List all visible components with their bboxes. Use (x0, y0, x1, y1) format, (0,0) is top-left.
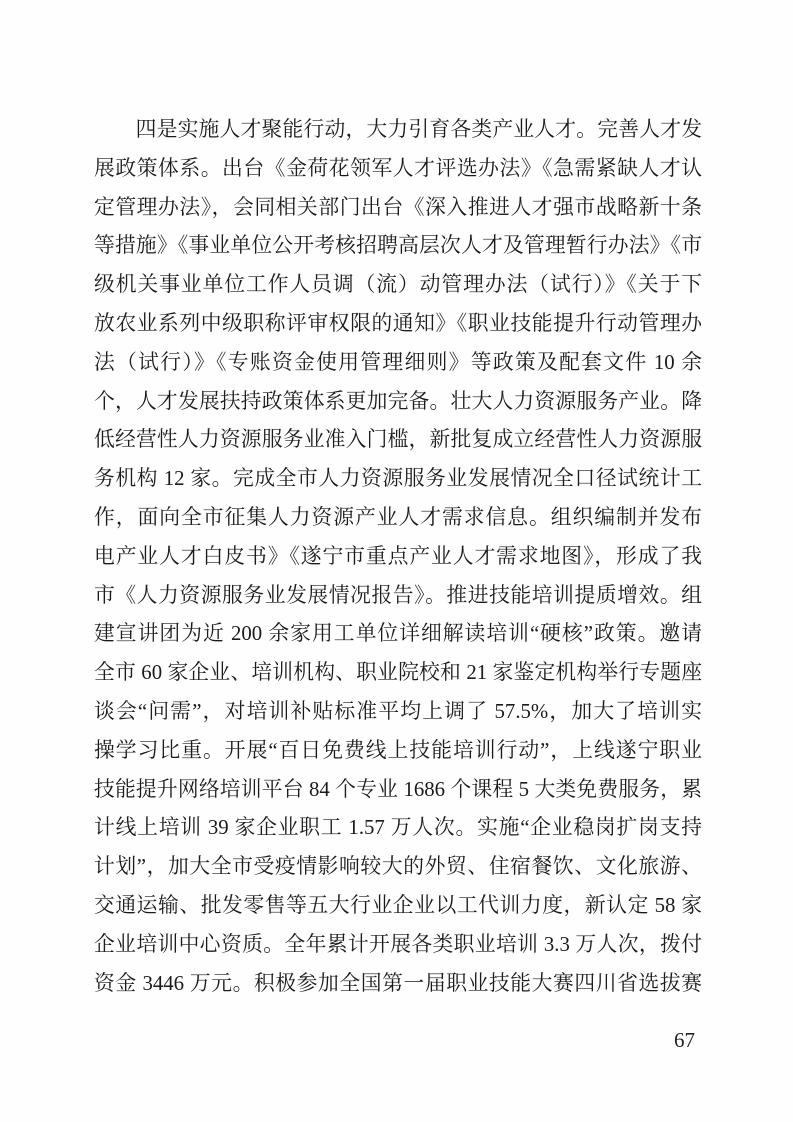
paragraph-line: 低经营性人力资源服务业准入门槛，新批复成立经营性人力资源服 (94, 421, 702, 460)
paragraph-line: 放农业系列中级职称评审权限的通知》《职业技能提升行动管理办 (94, 305, 702, 344)
paragraph-line: 计划”，加大全市受疫情影响较大的外贸、住宿餐饮、文化旅游、 (94, 848, 702, 887)
paragraph-line: 操学习比重。开展“百日免费线上技能培训行动”，上线遂宁职业 (94, 732, 702, 771)
paragraph-line: 展政策体系。出台《金荷花领军人才评选办法》《急需紧缺人才认 (94, 150, 702, 189)
paragraph-line: 交通运输、批发零售等五大行业企业以工代训力度，新认定 58 家 (94, 887, 702, 926)
paragraph-line: 等措施》《事业单位公开考核招聘高层次人才及管理暂行办法》《市 (94, 227, 702, 266)
paragraph-line: 企业培训中心资质。全年累计开展各类职业培训 3.3 万人次，拨付 (94, 926, 702, 965)
body-paragraph: 四是实施人才聚能行动，大力引育各类产业人才。完善人才发展政策体系。出台《金荷花领… (94, 111, 702, 1003)
paragraph-line: 四是实施人才聚能行动，大力引育各类产业人才。完善人才发 (94, 111, 702, 150)
paragraph-line: 电产业人才白皮书》《遂宁市重点产业人才需求地图》，形成了我 (94, 538, 702, 577)
paragraph-line: 建宣讲团为近 200 余家用工单位详细解读培训“硬核”政策。邀请 (94, 615, 702, 654)
paragraph-line: 计线上培训 39 家企业职工 1.57 万人次。实施“企业稳岗扩岗支持 (94, 809, 702, 848)
paragraph-line: 市《人力资源服务业发展情况报告》。推进技能培训提质增效。组 (94, 577, 702, 616)
paragraph-line: 法（试行）》《专账资金使用管理细则》等政策及配套文件 10 余 (94, 344, 702, 383)
paragraph-line: 技能提升网络培训平台 84 个专业 1686 个课程 5 大类免费服务，累 (94, 771, 702, 810)
paragraph-line: 级机关事业单位工作人员调（流）动管理办法（试行）》《关于下 (94, 266, 702, 305)
paragraph-line: 谈会“问需”，对培训补贴标准平均上调了 57.5%，加大了培训实 (94, 693, 702, 732)
paragraph-line: 务机构 12 家。完成全市人力资源服务业发展情况全口径试统计工 (94, 460, 702, 499)
paragraph-line: 作，面向全市征集人力资源产业人才需求信息。组织编制并发布《锂 (94, 499, 702, 538)
paragraph-line: 全市 60 家企业、培训机构、职业院校和 21 家鉴定机构举行专题座 (94, 654, 702, 693)
paragraph-line: 个，人才发展扶持政策体系更加完备。壮大人力资源服务产业。降 (94, 383, 702, 422)
paragraph-line: 定管理办法》，会同相关部门出台《深入推进人才强市战略新十条 (94, 189, 702, 228)
page-number: 67 (674, 1028, 695, 1053)
document-page: 四是实施人才聚能行动，大力引育各类产业人才。完善人才发展政策体系。出台《金荷花领… (0, 0, 793, 1122)
paragraph-line: 资金 3446 万元。积极参加全国第一届职业技能大赛四川省选拔赛 (94, 965, 702, 1004)
